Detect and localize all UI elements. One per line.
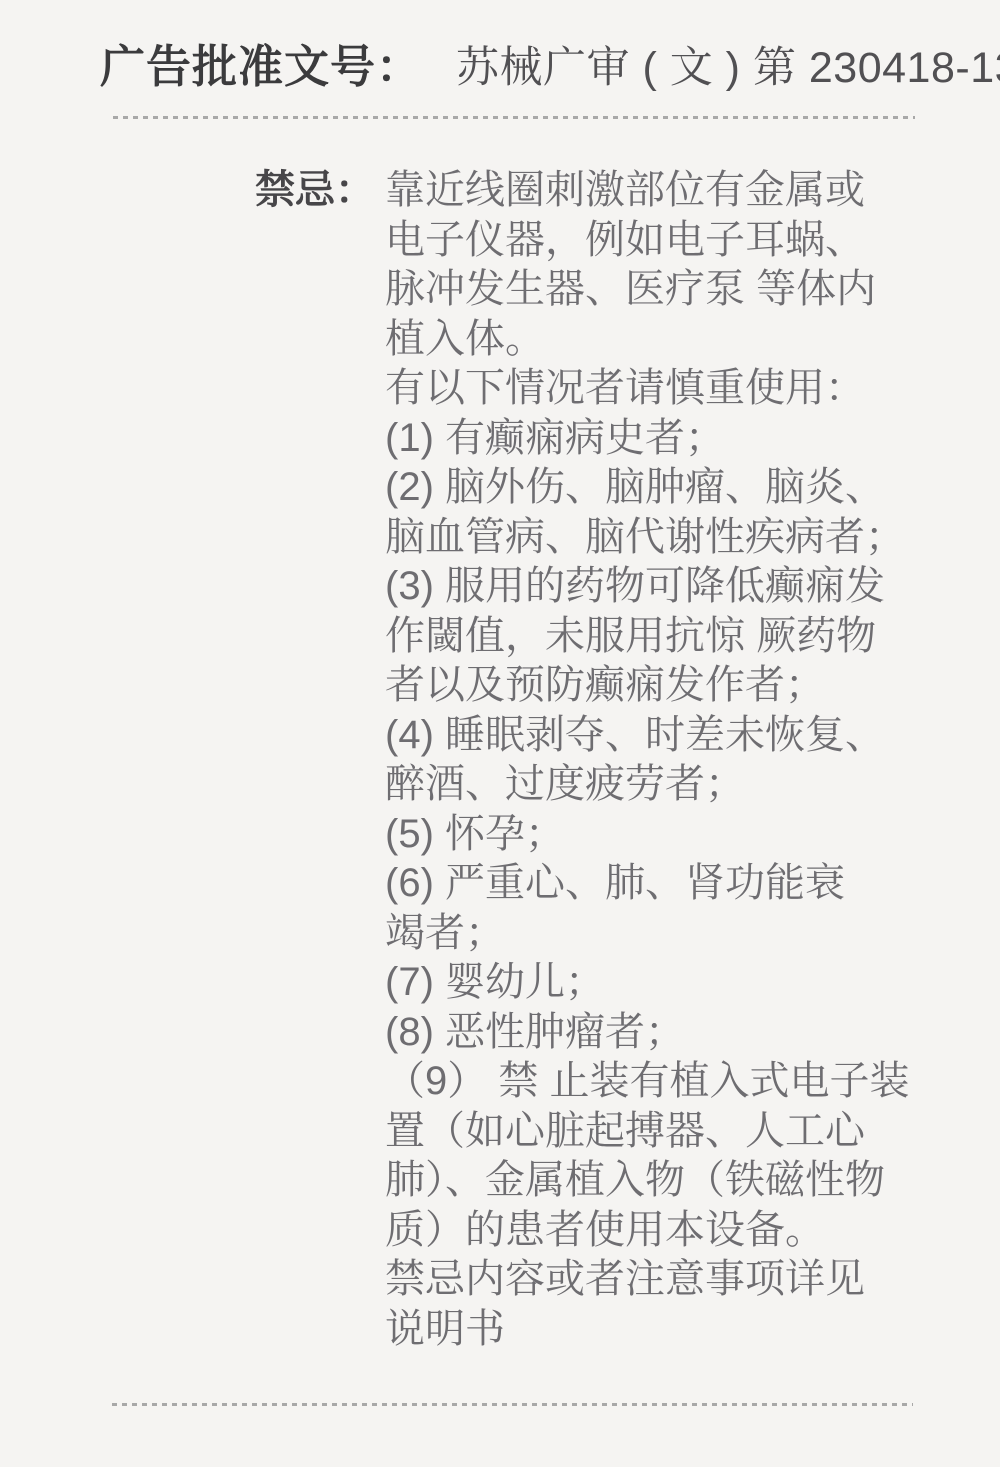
contraindications-text: 靠近线圈刺激部位有金属或电子仪器，例如电子耳蜗、脉冲发生器、医疗泵 等体内植入体… (385, 166, 909, 1354)
approval-number-label: 广告批准文号： (100, 30, 422, 95)
text-line: 作閾值，未服用抗惊 厥药物 (385, 612, 909, 662)
text-line: 说明书 (385, 1305, 909, 1355)
text-line: 肺）、金属植入物（铁磁性物 (385, 1156, 909, 1206)
text-line: (2) 脑外伤、脑肿瘤、脑炎、 (385, 463, 909, 513)
text-line: 质）的患者使用本设备。 (385, 1206, 909, 1256)
contraindications-label: 禁忌： (255, 166, 375, 216)
text-line: 有以下情况者请慎重使用： (385, 364, 909, 414)
text-line: 电子仪器，例如电子耳蜗、 (385, 216, 909, 266)
disclaimer-page: 广告批准文号： 苏械广审 ( 文 ) 第 230418-13312 号 禁忌： … (0, 0, 1000, 1467)
text-line: 脑血管病、脑代谢性疾病者； (385, 513, 909, 563)
text-line: 者以及预防癫痫发作者； (385, 661, 909, 711)
text-line: 禁忌内容或者注意事项详见 (385, 1255, 909, 1305)
text-line: (3) 服用的药物可降低癫痫发 (385, 562, 909, 612)
text-line: (6) 严重心、肺、肾功能衰 (385, 859, 909, 909)
bottom-dashed-divider (112, 1403, 913, 1406)
approval-number-value: 苏械广审 ( 文 ) 第 230418-13312 号 (456, 34, 1000, 95)
text-line: 植入体。 (385, 315, 909, 365)
text-line: 靠近线圈刺激部位有金属或 (385, 166, 909, 216)
text-line: 醉酒、过度疲劳者； (385, 760, 909, 810)
top-dashed-divider (113, 116, 915, 119)
text-line: (5) 怀孕； (385, 810, 909, 860)
text-line: 置（如心脏起搏器、人工心 (385, 1107, 909, 1157)
text-line: (8) 恶性肿瘤者； (385, 1008, 909, 1058)
text-line: (4) 睡眠剥夺、时差未恢复、 (385, 711, 909, 761)
text-line: 竭者； (385, 909, 909, 959)
text-line: (1) 有癫痫病史者； (385, 414, 909, 464)
approval-number-row: 广告批准文号： 苏械广审 ( 文 ) 第 230418-13312 号 (100, 30, 1000, 95)
text-line: 脉冲发生器、医疗泵 等体内 (385, 265, 909, 315)
text-line: (7) 婴幼儿； (385, 958, 909, 1008)
text-line: （9） 禁 止装有植入式电子装 (385, 1057, 909, 1107)
